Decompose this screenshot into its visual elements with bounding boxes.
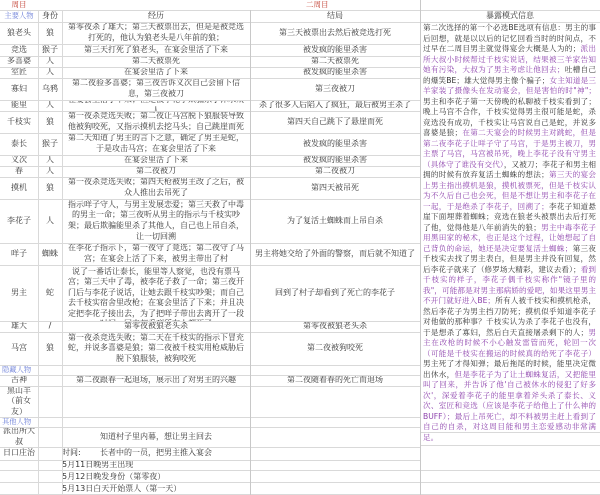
character-name-cell[interactable]: 能里 <box>0 100 38 111</box>
gridline <box>0 111 420 112</box>
ending-cell[interactable]: 第三夜被刀 <box>250 78 420 100</box>
exposure-highlight-text: 但是李花子为了让土蜘蛛复活，又把能里叫了回来，并告诉了他'自己被休水的侵犯了好多… <box>423 370 596 442</box>
ending-cell[interactable]: 第二夜被刀 <box>250 166 420 177</box>
experience-cell[interactable]: 知道村子里内幕，想让男主回去 <box>62 427 250 447</box>
column-divider <box>38 10 39 495</box>
ending-cell[interactable] <box>250 386 420 417</box>
character-role-cell[interactable]: 人 <box>38 100 62 111</box>
experience-cell[interactable] <box>62 386 250 417</box>
character-role-cell[interactable] <box>38 427 62 447</box>
experience-cell[interactable]: 第一夜杀竞选失败；第二夜让马宫脱下狼服装导致他被狗咬死，又指示摸机去挖马头；自己… <box>62 111 250 133</box>
character-role-cell[interactable] <box>38 375 62 386</box>
gridline <box>0 56 420 57</box>
character-role-cell[interactable]: 人 <box>38 155 62 166</box>
gridline <box>0 321 420 322</box>
identity-header[interactable]: 身份 <box>38 10 62 22</box>
round2-header[interactable]: 二周目 <box>250 0 420 10</box>
character-role-cell[interactable]: 猴子 <box>38 44 62 56</box>
column-divider <box>62 10 63 495</box>
round1-header[interactable]: 周目 <box>0 0 38 10</box>
character-name-cell[interactable]: 义次 <box>0 155 38 166</box>
character-name-cell[interactable]: 狼老头 <box>0 22 38 44</box>
character-role-cell[interactable]: 人 <box>38 56 62 67</box>
gridline <box>0 447 420 448</box>
experience-cell[interactable]: 第二夜跟春一起退场，展示出了对男主的兴趣 <box>62 375 250 386</box>
character-name-cell[interactable]: 泰长 <box>0 133 38 155</box>
experience-cell[interactable]: 在李花子指示下，第一夜守了竟选；第二夜守了马宫；在宴会上活了下来，被男主带出了村 <box>62 243 250 265</box>
character-name-cell[interactable]: 派出所大叔 <box>0 427 38 447</box>
character-name-cell[interactable]: 摸机 <box>0 177 38 199</box>
exposure-info-cell[interactable]: 第二次选择的第一个必选BE选项有信息：男主的事后回想，就是以以后的记忆回看当时的… <box>421 21 598 445</box>
gridline <box>0 22 600 23</box>
character-role-cell[interactable]: 狼 <box>38 22 62 44</box>
experience-cell[interactable]: 在宴会里活了下来；但是被李花子欺骗杀了休水众人 <box>62 100 250 111</box>
column-divider <box>420 0 421 495</box>
ending-cell[interactable]: 被发疯的能里杀害 <box>250 67 420 78</box>
ending-cell[interactable]: 第二夜被狗咬死 <box>250 332 420 365</box>
main-characters-header[interactable]: 主要人物 <box>0 10 38 22</box>
ending-cell[interactable]: 第二夜随着春的死亡而退场 <box>250 375 420 386</box>
gridline <box>0 166 420 167</box>
spreadsheet: 周目 二周目 主要人物 身份 经历 结局 暴露模式信息 狼老头狼第零夜杀了雄大；… <box>0 0 600 495</box>
character-role-cell[interactable]: 蛇 <box>38 265 62 321</box>
gridline <box>0 199 420 200</box>
experience-cell[interactable]: 第一夜杀竞选失败；第二天在千枝实的指示下冒充蛇，并说多喜婆是狼；第二夜被千枝实用… <box>62 332 250 365</box>
experience-cell[interactable]: 第零夜被狼老头杀 <box>62 321 250 332</box>
experience-header[interactable]: 经历 <box>62 10 250 22</box>
ending-cell[interactable]: 回到了村子却看到了死亡的李花子 <box>250 265 420 321</box>
ending-cell[interactable]: 第四天自己跳下了悬崖而死 <box>250 111 420 133</box>
gridline <box>0 78 420 79</box>
character-role-cell[interactable]: 人 <box>38 166 62 177</box>
character-role-cell[interactable]: 狼 <box>38 111 62 133</box>
gridline <box>0 100 420 101</box>
ending-cell[interactable]: 第二天被票死 <box>250 56 420 67</box>
ending-cell[interactable]: 第零夜被狼老头杀 <box>250 321 420 332</box>
column-divider <box>250 10 251 495</box>
character-name-cell[interactable]: 春 <box>0 166 38 177</box>
character-name-cell[interactable]: 黑山羊（前女友） <box>0 386 38 417</box>
ending-cell[interactable]: 被发疯的能里杀害 <box>250 133 420 155</box>
gridline <box>0 155 420 156</box>
ending-cell[interactable]: 第三天被票出去然后被竞选打死 <box>250 22 420 44</box>
character-name-cell[interactable]: 千枝实 <box>0 111 38 133</box>
character-role-cell[interactable] <box>38 447 62 460</box>
gridline <box>0 460 420 461</box>
gridline <box>0 332 420 333</box>
character-name-cell[interactable]: 雄大 <box>0 321 38 332</box>
character-role-cell[interactable]: 狼 <box>38 332 62 365</box>
gridline <box>0 67 420 68</box>
ending-cell[interactable] <box>250 447 420 460</box>
character-role-cell[interactable]: / <box>38 321 62 332</box>
character-role-cell[interactable]: 乌鸦 <box>38 78 62 100</box>
character-name-cell[interactable]: 马宫 <box>0 332 38 365</box>
gridline <box>0 470 600 471</box>
experience-cell[interactable]: 第一夜杀竞选失败；第四天枪被男主改了之后，被众人推出去吊死了 <box>62 177 250 199</box>
ending-cell[interactable]: 第四天被吊死 <box>250 177 420 199</box>
gridline <box>0 427 420 428</box>
gridline <box>0 375 420 376</box>
experience-cell[interactable]: 第三天打死了狼老头，在宴会里活了下来 <box>62 44 250 56</box>
character-name-cell[interactable]: 李花子 <box>0 199 38 243</box>
experience-cell[interactable]: 在宴会里活了下来 <box>62 155 250 166</box>
gridline <box>0 243 420 244</box>
gridline <box>420 432 600 433</box>
exposure-text: 第二次选择的第一个必选BE选项有信息：男主的事后回想，就是以以后的记忆回看当时的… <box>423 23 596 53</box>
timeline-label: 时间: <box>62 447 248 459</box>
experience-cell[interactable]: 在宴会里活了下来 <box>62 67 250 78</box>
character-name-cell[interactable]: 寡妇 <box>0 78 38 100</box>
gridline <box>0 44 420 45</box>
gridline <box>0 386 420 387</box>
character-name-cell[interactable]: 男主 <box>0 265 38 321</box>
gridline <box>0 10 600 11</box>
experience-cell[interactable]: 指示咩子守人，与男主发展恋爱；第三天救了中毒的男主一命；第三夜听从男主的指示与千… <box>62 199 250 243</box>
ending-header[interactable]: 结局 <box>250 10 420 22</box>
experience-cell[interactable]: 第零夜杀了雄大；第三天被票出去，但是是被竞选打死的，他认为狼老头是八年前的狼； <box>62 22 250 44</box>
character-role-cell[interactable]: 狼 <box>38 177 62 199</box>
experience-cell[interactable]: 第一天说服众人没有票人；第二天没有对跳蛇，但说了一番话让泰长，能里等人察觉，也没… <box>62 265 250 321</box>
gridline <box>0 482 600 483</box>
character-name-cell[interactable]: 古神 <box>0 375 38 386</box>
experience-cell[interactable]: 第二夜被刀 <box>62 166 250 177</box>
ending-cell[interactable]: 为了复活土蜘蛛而上吊自杀 <box>250 199 420 243</box>
character-role-cell[interactable]: 人 <box>38 67 62 78</box>
ending-cell[interactable]: 杀了很多人后陷入了疯狂，最后被男主杀了 <box>250 100 420 111</box>
experience-cell[interactable]: 第二天被票死 <box>62 56 250 67</box>
ending-cell[interactable]: 被发疯的能里杀害 <box>250 44 420 56</box>
gridline <box>420 445 600 446</box>
gridline <box>0 177 420 178</box>
character-role-cell[interactable]: 猴子 <box>38 133 62 155</box>
timeline-cell[interactable]: 时间: 5月11日晚男主出现 5月12日晚发身份（第零夜） 5月13日白天开始票… <box>62 447 248 495</box>
hidden-characters-section: 隐藏人物 <box>0 365 62 375</box>
gridline <box>0 265 420 266</box>
other-characters-section: 其他人物 <box>0 417 62 427</box>
character-name-cell[interactable]: 多喜婆 <box>0 56 38 67</box>
character-role-cell[interactable]: 人 <box>38 199 62 243</box>
experience-cell[interactable]: 第二天知道了男主的言下之意，确定了男主是蛇，于是攻击马宫；在宴会里活了下来 <box>62 133 250 155</box>
character-role-cell[interactable]: 蜘蛛 <box>38 243 62 265</box>
ending-cell[interactable]: 男主将她交给了外面的警察，而后就不知道了 <box>250 243 420 265</box>
character-name-cell[interactable]: 咩子 <box>0 243 38 265</box>
character-name-cell[interactable]: 日口庄治 <box>0 447 38 460</box>
ending-cell[interactable] <box>250 427 420 447</box>
character-name-cell[interactable]: 室匠 <box>0 67 38 78</box>
character-name-cell[interactable]: 竞选 <box>0 44 38 56</box>
gridline <box>0 133 420 134</box>
gridline <box>0 417 420 418</box>
gridline <box>0 365 420 366</box>
ending-cell[interactable]: 被发疯的能里杀害 <box>250 155 420 166</box>
character-role-cell[interactable] <box>38 386 62 417</box>
experience-cell[interactable]: 第二夜验多喜婆；第三夜告诉义次自己会留下信息，第三夜被刀 <box>62 78 250 100</box>
